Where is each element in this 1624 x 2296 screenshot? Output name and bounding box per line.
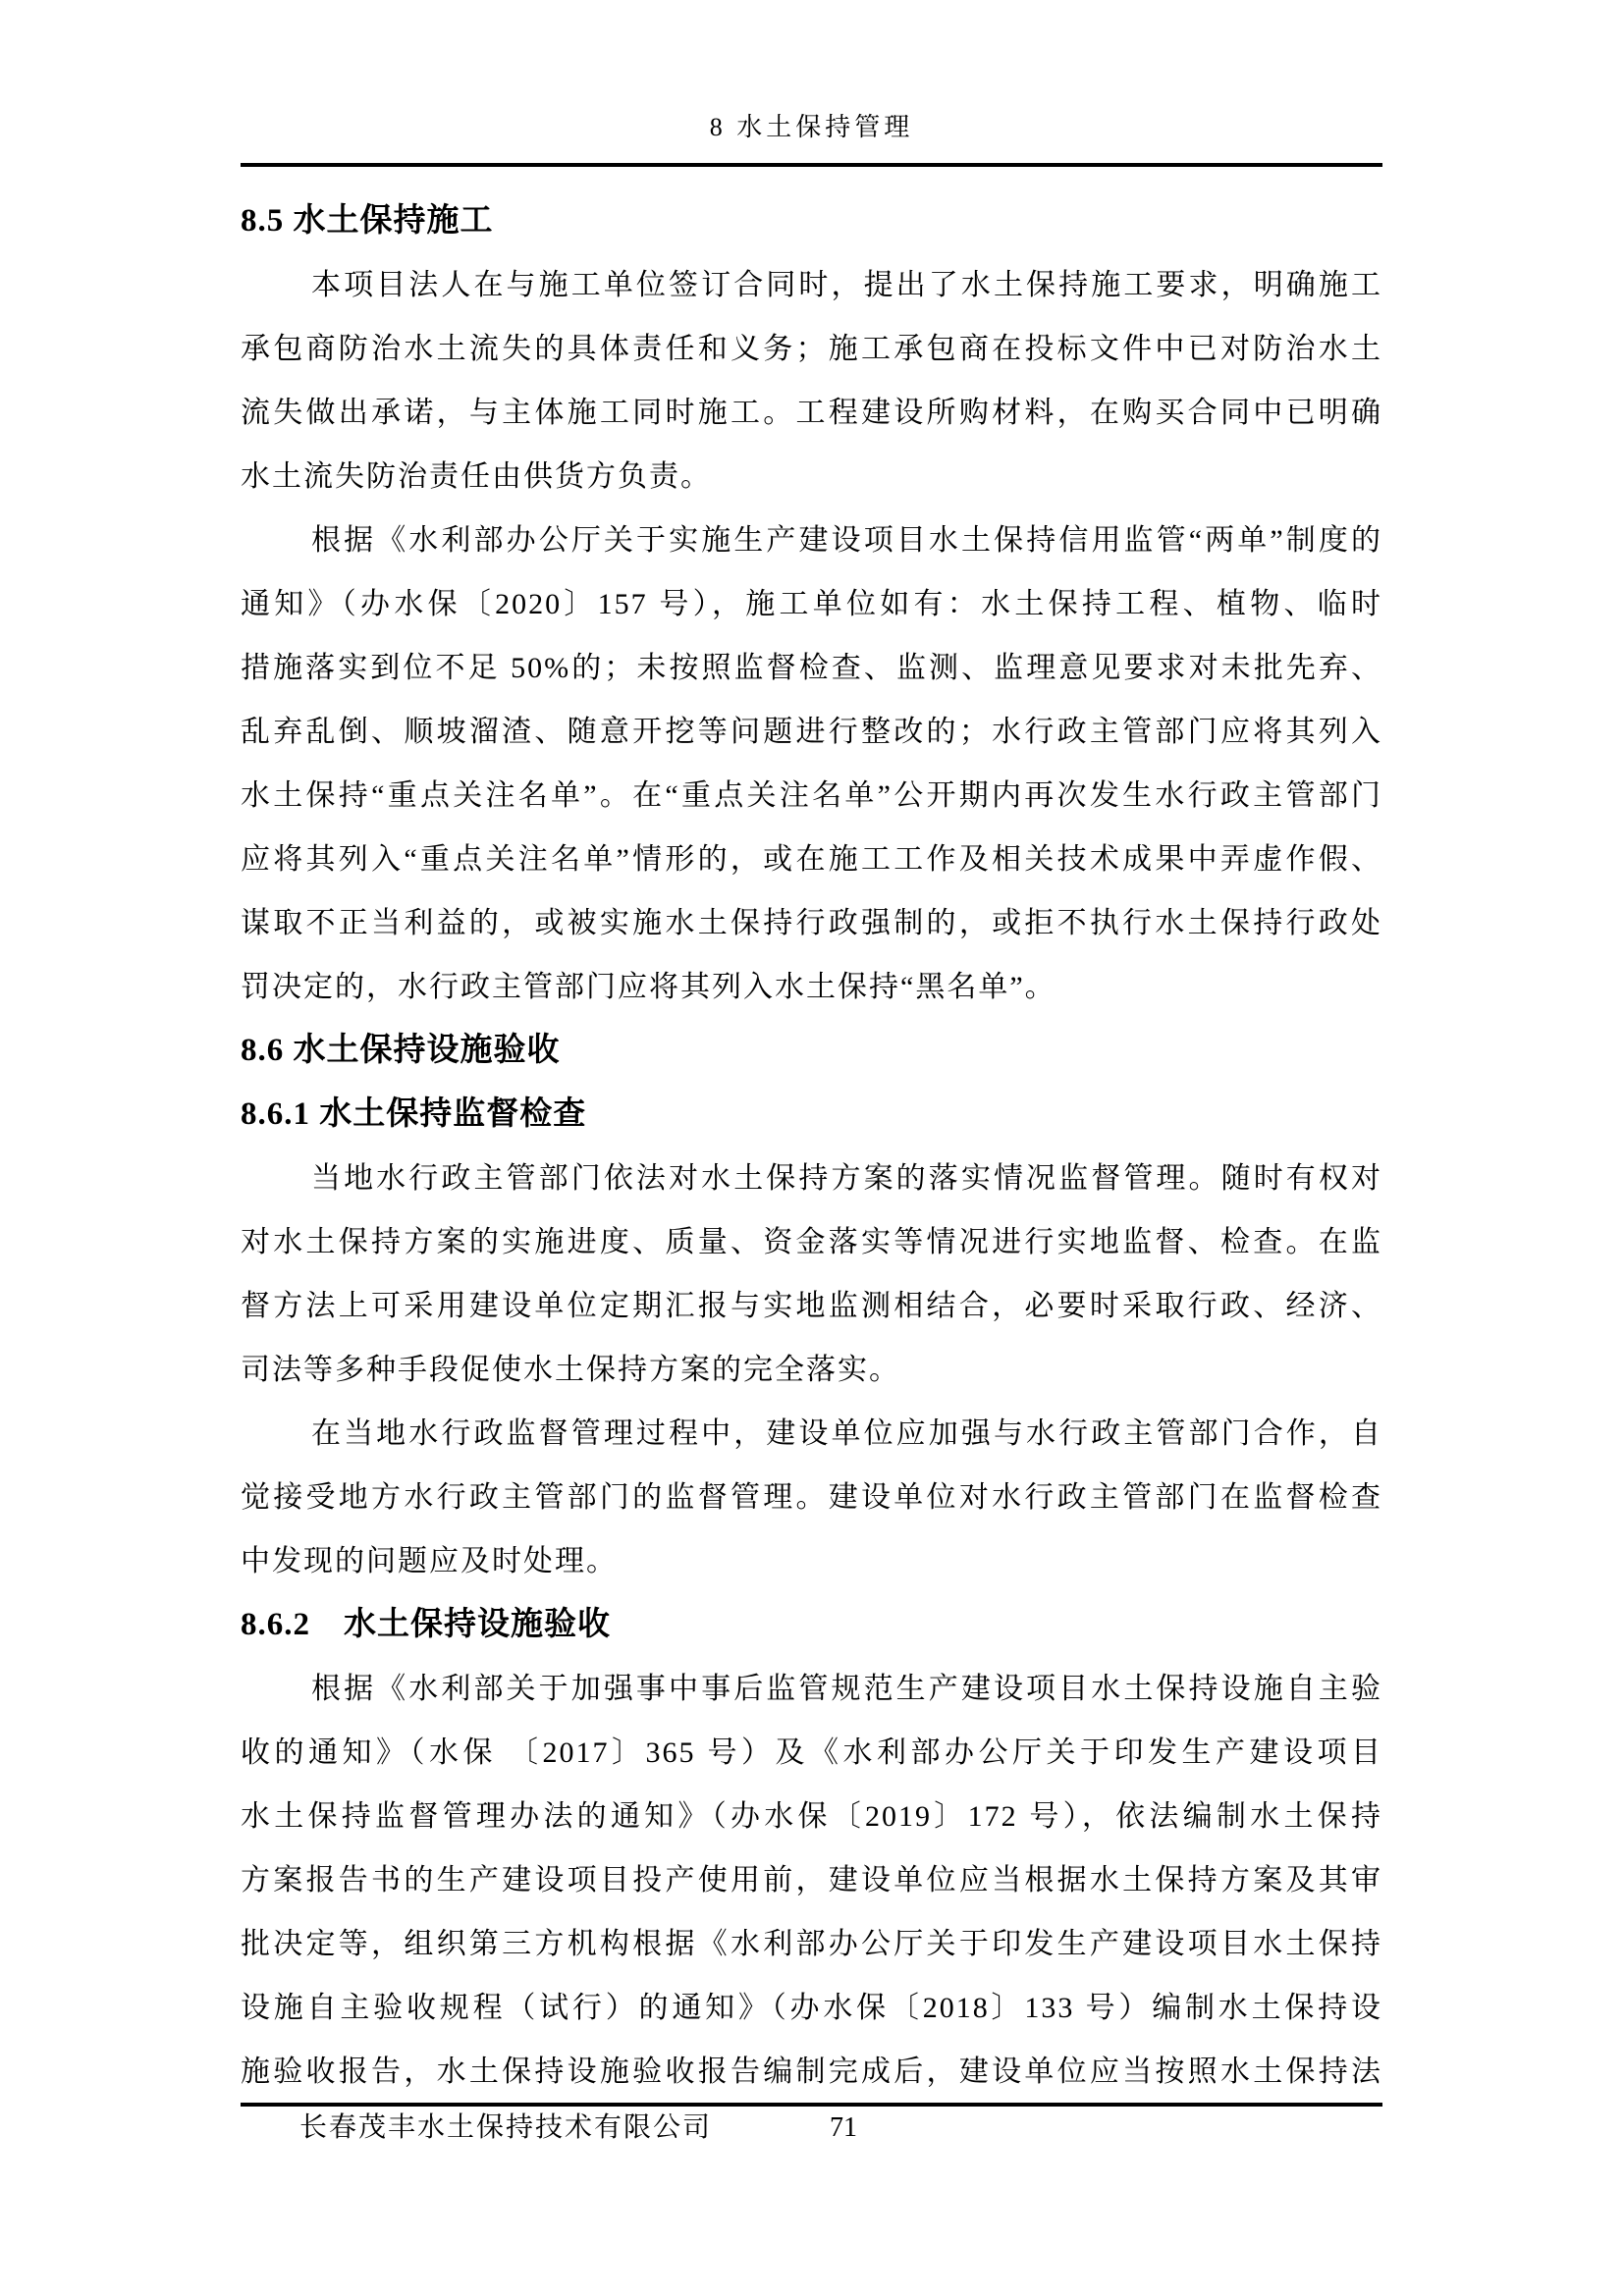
paragraph-line: 中发现的问题应及时处理。 (241, 1529, 1382, 1593)
paragraph-line: 设施自主验收规程（试行）的通知》（办水保〔2018〕133 号）编制水土保持设 (241, 1976, 1382, 2040)
section-heading-8-6-2: 8.6.2 水土保持设施验收 (241, 1593, 1382, 1657)
section-heading-8-6-1: 8.6.1 水土保持监督检查 (241, 1083, 1382, 1147)
paragraph-line: 司法等多种手段促使水土保持方案的完全落实。 (241, 1338, 1382, 1402)
paragraph-line: 根据《水利部关于加强事中事后监管规范生产建设项目水土保持设施自主验 (241, 1657, 1382, 1721)
paragraph-line: 施验收报告，水土保持设施验收报告编制完成后，建设单位应当按照水土保持法 (241, 2040, 1382, 2104)
paragraph-line: 乱弃乱倒、顺坡溜渣、随意开挖等问题进行整改的；水行政主管部门应将其列入 (241, 700, 1382, 764)
paragraph-line: 收的通知》（水保 〔2017〕365 号）及《水利部办公厅关于印发生产建设项目 (241, 1721, 1382, 1785)
paragraph-line: 水土保持监督管理办法的通知》（办水保〔2019〕172 号），依法编制水土保持 (241, 1785, 1382, 1848)
paragraph-line: 流失做出承诺，与主体施工同时施工。工程建设所购材料，在购买合同中已明确 (241, 381, 1382, 445)
paragraph-line: 通知》（办水保〔2020〕157 号），施工单位如有：水土保持工程、植物、临时 (241, 572, 1382, 636)
paragraph-line: 觉接受地方水行政主管部门的监督管理。建设单位对水行政主管部门在监督检查 (241, 1466, 1382, 1529)
paragraph-line: 对水土保持方案的实施进度、质量、资金落实等情况进行实地监督、检查。在监 (241, 1210, 1382, 1274)
paragraph-line: 在当地水行政监督管理过程中，建设单位应加强与水行政主管部门合作，自 (241, 1402, 1382, 1466)
section-heading-8-6: 8.6 水土保持设施验收 (241, 1019, 1382, 1083)
paragraph-line: 督方法上可采用建设单位定期汇报与实地监测相结合，必要时采取行政、经济、 (241, 1274, 1382, 1338)
document-page: 8 水土保持管理 8.5 水土保持施工本项目法人在与施工单位签订合同时，提出了水… (0, 0, 1624, 2296)
running-header-title: 8 水土保持管理 (241, 108, 1382, 147)
paragraph-line: 水土保持“重点关注名单”。在“重点关注名单”公开期内再次发生水行政主管部门 (241, 764, 1382, 828)
paragraph-line: 批决定等，组织第三方机构根据《水利部办公厅关于印发生产建设项目水土保持 (241, 1912, 1382, 1976)
paragraph-line: 方案报告书的生产建设项目投产使用前，建设单位应当根据水土保持方案及其审 (241, 1848, 1382, 1912)
footer-company-name: 长春茂丰水土保持技术有限公司 (299, 2112, 712, 2143)
footer-rule (241, 2103, 1382, 2107)
paragraph-line: 当地水行政主管部门依法对水土保持方案的落实情况监督管理。随时有权对 (241, 1147, 1382, 1210)
paragraph-line: 措施落实到位不足 50%的；未按照监督检查、监测、监理意见要求对未批先弃、 (241, 636, 1382, 700)
paragraph-line: 水土流失防治责任由供货方负责。 (241, 445, 1382, 508)
paragraph-line: 谋取不正当利益的，或被实施水土保持行政强制的，或拒不执行水土保持行政处 (241, 891, 1382, 955)
page-number: 71 (830, 2109, 857, 2148)
paragraph-line: 应将其列入“重点关注名单”情形的，或在施工工作及相关技术成果中弄虚作假、 (241, 828, 1382, 891)
document-body: 8.5 水土保持施工本项目法人在与施工单位签订合同时，提出了水土保持施工要求，明… (241, 189, 1382, 2104)
section-heading-8-5: 8.5 水土保持施工 (241, 189, 1382, 253)
paragraph-line: 罚决定的，水行政主管部门应将其列入水土保持“黑名单”。 (241, 955, 1382, 1019)
paragraph-line: 承包商防治水土流失的具体责任和义务；施工承包商在投标文件中已对防治水土 (241, 317, 1382, 381)
header-rule (241, 163, 1382, 167)
page-footer: 长春茂丰水土保持技术有限公司 71 (241, 2109, 1382, 2152)
paragraph-line: 本项目法人在与施工单位签订合同时，提出了水土保持施工要求，明确施工 (241, 253, 1382, 317)
paragraph-line: 根据《水利部办公厅关于实施生产建设项目水土保持信用监管“两单”制度的 (241, 508, 1382, 572)
